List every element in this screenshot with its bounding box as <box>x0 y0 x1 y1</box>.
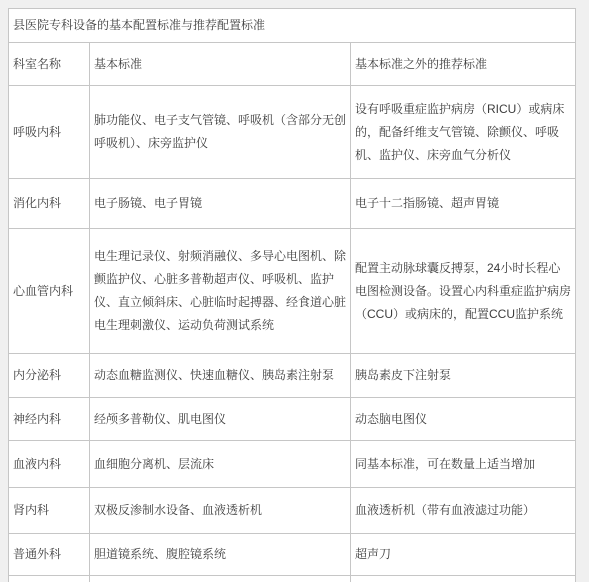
department-name-cell: 心血管内科 <box>9 229 90 354</box>
department-name-cell: 神经内科 <box>9 398 90 441</box>
recommended-standard-cell: 血液透析机（带有血液滤过功能） <box>351 488 576 534</box>
table-row: 神经内科 经颅多普勒仪、肌电图仪 动态脑电图仪 <box>9 398 576 441</box>
basic-standard-cell: 电子肠镜、电子胃镜 <box>90 179 351 229</box>
basic-standard-cell: 双极反渗制水设备、血液透析机 <box>90 488 351 534</box>
recommended-standard-cell: 动态脑电图仪 <box>351 398 576 441</box>
basic-standard-cell <box>90 576 351 582</box>
equipment-standards-table: 县医院专科设备的基本配置标准与推荐配置标准 科室名称 基本标准 基本标准之外的推… <box>8 8 576 582</box>
recommended-standard-cell <box>351 576 576 582</box>
table-body: 县医院专科设备的基本配置标准与推荐配置标准 科室名称 基本标准 基本标准之外的推… <box>9 9 576 582</box>
department-name-cell: 内分泌科 <box>9 354 90 398</box>
table-row-cutoff <box>9 576 576 582</box>
column-header-basic-standard: 基本标准 <box>90 43 351 86</box>
table-row: 消化内科 电子肠镜、电子胃镜 电子十二指肠镜、超声胃镜 <box>9 179 576 229</box>
basic-standard-cell: 电生理记录仪、射频消融仪、多导心电图机、除颤监护仪、心脏多普勒超声仪、呼吸机、监… <box>90 229 351 354</box>
recommended-standard-cell: 同基本标准，可在数量上适当增加 <box>351 441 576 488</box>
department-name-cell: 消化内科 <box>9 179 90 229</box>
department-name-cell: 普通外科 <box>9 534 90 576</box>
table-row: 肾内科 双极反渗制水设备、血液透析机 血液透析机（带有血液滤过功能） <box>9 488 576 534</box>
recommended-standard-cell: 配置主动脉球囊反搏泵，24小时长程心电图检测设备。设置心内科重症监护病房（CCU… <box>351 229 576 354</box>
basic-standard-cell: 肺功能仪、电子支气管镜、呼吸机（含部分无创呼吸机）、床旁监护仪 <box>90 86 351 179</box>
basic-standard-cell: 胆道镜系统、腹腔镜系统 <box>90 534 351 576</box>
table-title: 县医院专科设备的基本配置标准与推荐配置标准 <box>9 9 576 43</box>
table-row: 心血管内科 电生理记录仪、射频消融仪、多导心电图机、除颤监护仪、心脏多普勒超声仪… <box>9 229 576 354</box>
page: 县医院专科设备的基本配置标准与推荐配置标准 科室名称 基本标准 基本标准之外的推… <box>0 0 589 582</box>
recommended-standard-cell: 设有呼吸重症监护病房（RICU）或病床的，配备纤维支气管镜、除颤仪、呼吸机、监护… <box>351 86 576 179</box>
department-name-cell: 血液内科 <box>9 441 90 488</box>
basic-standard-cell: 经颅多普勒仪、肌电图仪 <box>90 398 351 441</box>
table-row: 呼吸内科 肺功能仪、电子支气管镜、呼吸机（含部分无创呼吸机）、床旁监护仪 设有呼… <box>9 86 576 179</box>
table-header-row: 科室名称 基本标准 基本标准之外的推荐标准 <box>9 43 576 86</box>
table-row: 内分泌科 动态血糖监测仪、快速血糖仪、胰岛素注射泵 胰岛素皮下注射泵 <box>9 354 576 398</box>
recommended-standard-cell: 电子十二指肠镜、超声胃镜 <box>351 179 576 229</box>
basic-standard-cell: 动态血糖监测仪、快速血糖仪、胰岛素注射泵 <box>90 354 351 398</box>
recommended-standard-cell: 超声刀 <box>351 534 576 576</box>
basic-standard-cell: 血细胞分离机、层流床 <box>90 441 351 488</box>
table-row: 血液内科 血细胞分离机、层流床 同基本标准，可在数量上适当增加 <box>9 441 576 488</box>
recommended-standard-cell: 胰岛素皮下注射泵 <box>351 354 576 398</box>
table-title-row: 县医院专科设备的基本配置标准与推荐配置标准 <box>9 9 576 43</box>
department-name-cell: 呼吸内科 <box>9 86 90 179</box>
column-header-department: 科室名称 <box>9 43 90 86</box>
department-name-cell: 肾内科 <box>9 488 90 534</box>
column-header-recommended-standard: 基本标准之外的推荐标准 <box>351 43 576 86</box>
department-name-cell <box>9 576 90 582</box>
table-row: 普通外科 胆道镜系统、腹腔镜系统 超声刀 <box>9 534 576 576</box>
